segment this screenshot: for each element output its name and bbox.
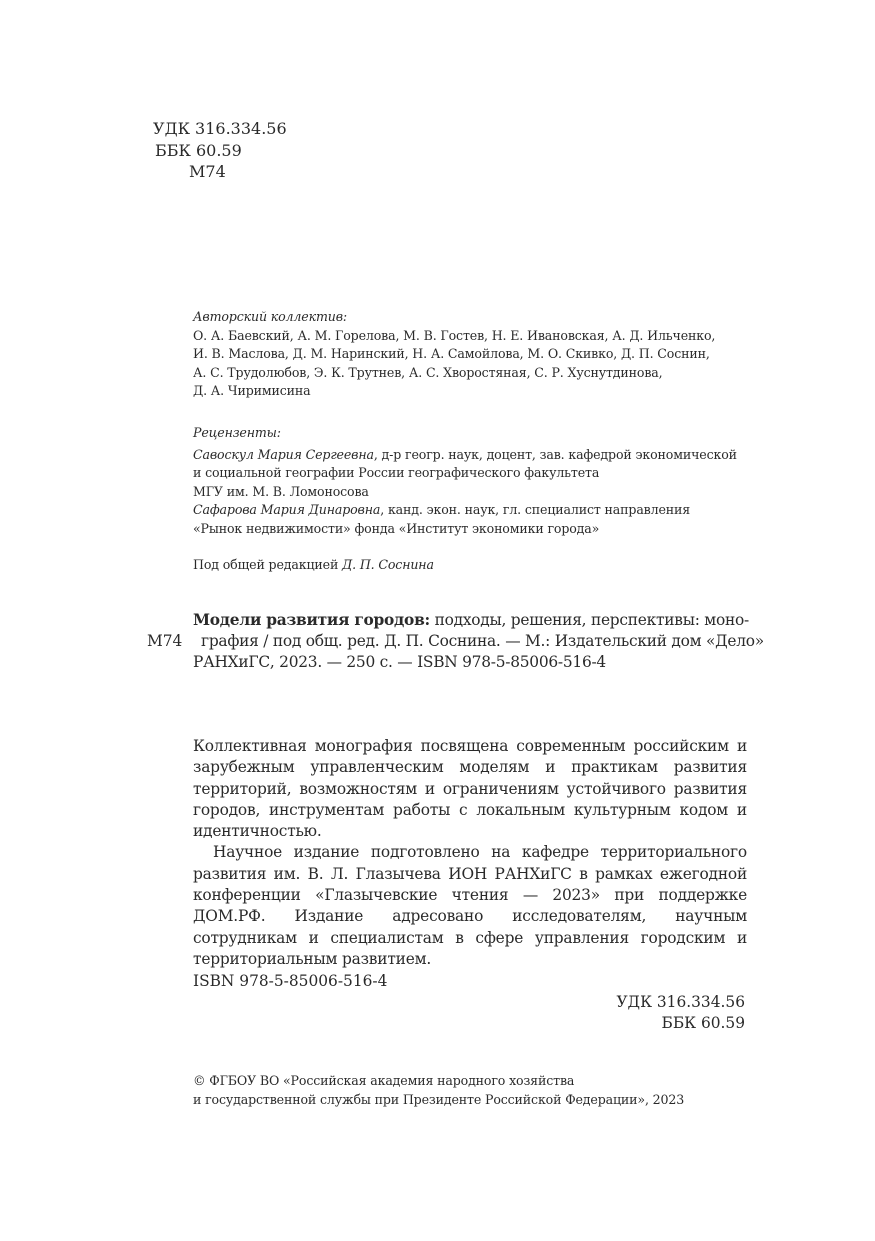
bibliographic-record: Модели развития городов: подходы, решени… bbox=[193, 610, 748, 673]
bbk-code: ББК 60.59 bbox=[153, 140, 287, 162]
reviewer-credentials: , д-р геогр. наук, доцент, зав. кафедрой… bbox=[374, 447, 737, 462]
reviewer-affiliation: «Рынок недвижимости» фонда «Институт эко… bbox=[193, 520, 753, 539]
reviewer-credentials: , канд. экон. наук, гл. специалист напра… bbox=[380, 502, 690, 517]
biblio-line: графия / под общ. ред. Д. П. Соснина. — … bbox=[193, 631, 748, 652]
biblio-line: РАНХиГС, 2023. — 250 с. — ISBN 978-5-850… bbox=[193, 652, 748, 673]
editor-name: Д. П. Соснина bbox=[342, 557, 434, 572]
bbk-code: ББК 60.59 bbox=[540, 1013, 745, 1034]
reviewer-entry: Савоскул Мария Сергеевна, д-р геогр. нау… bbox=[193, 446, 753, 502]
authors-label: Авторский коллектив: bbox=[193, 308, 753, 327]
editor-prefix: Под общей редакцией bbox=[193, 557, 342, 572]
book-title: Модели развития городов: bbox=[193, 611, 430, 629]
classification-codes-top: УДК 316.334.56 ББК 60.59 М74 bbox=[153, 118, 287, 183]
copyright-line: и государственной службы при Президенте … bbox=[193, 1091, 753, 1110]
reviewers-block: Рецензенты: Савоскул Мария Сергеевна, д-… bbox=[193, 424, 753, 538]
book-subtitle: подходы, решения, перспективы: моно- bbox=[430, 611, 749, 629]
reviewer-name: Сафарова Мария Динаровна bbox=[193, 502, 380, 517]
udk-code: УДК 316.334.56 bbox=[540, 992, 745, 1013]
copyright-line: © ФГБОУ ВО «Российская академия народног… bbox=[193, 1072, 753, 1091]
authors-line: А. С. Трудолюбов, Э. К. Трутнев, А. С. Х… bbox=[193, 364, 753, 383]
editor-line: Под общей редакцией Д. П. Соснина bbox=[193, 556, 753, 575]
reviewer-name: Савоскул Мария Сергеевна bbox=[193, 447, 374, 462]
reviewers-label: Рецензенты: bbox=[193, 424, 753, 443]
authors-line: О. А. Баевский, А. М. Горелова, М. В. Го… bbox=[193, 327, 753, 346]
authors-line: Д. А. Чиримисина bbox=[193, 382, 753, 401]
authors-block: Авторский коллектив: О. А. Баевский, А. … bbox=[193, 308, 753, 401]
reviewer-affiliation: МГУ им. М. В. Ломоносова bbox=[193, 483, 753, 502]
copyright-notice: © ФГБОУ ВО «Российская академия народног… bbox=[193, 1072, 753, 1109]
author-mark: М74 bbox=[153, 161, 287, 183]
biblio-side-mark: М74 bbox=[147, 631, 182, 652]
authors-line: И. В. Маслова, Д. М. Наринский, Н. А. Са… bbox=[193, 345, 753, 364]
annotation-paragraph: Коллективная монография посвящена соврем… bbox=[193, 736, 747, 842]
reviewer-entry: Сафарова Мария Динаровна, канд. экон. на… bbox=[193, 501, 753, 538]
classification-codes-bottom: УДК 316.334.56 ББК 60.59 bbox=[540, 992, 745, 1034]
annotation-paragraph: Научное издание подготовлено на кафедре … bbox=[193, 842, 747, 970]
isbn: ISBN 978-5-85006-516-4 bbox=[193, 971, 387, 992]
annotation: Коллективная монография посвящена соврем… bbox=[193, 736, 747, 970]
reviewer-affiliation: и социальной географии России географиче… bbox=[193, 464, 753, 483]
udk-code: УДК 316.334.56 bbox=[153, 118, 287, 140]
